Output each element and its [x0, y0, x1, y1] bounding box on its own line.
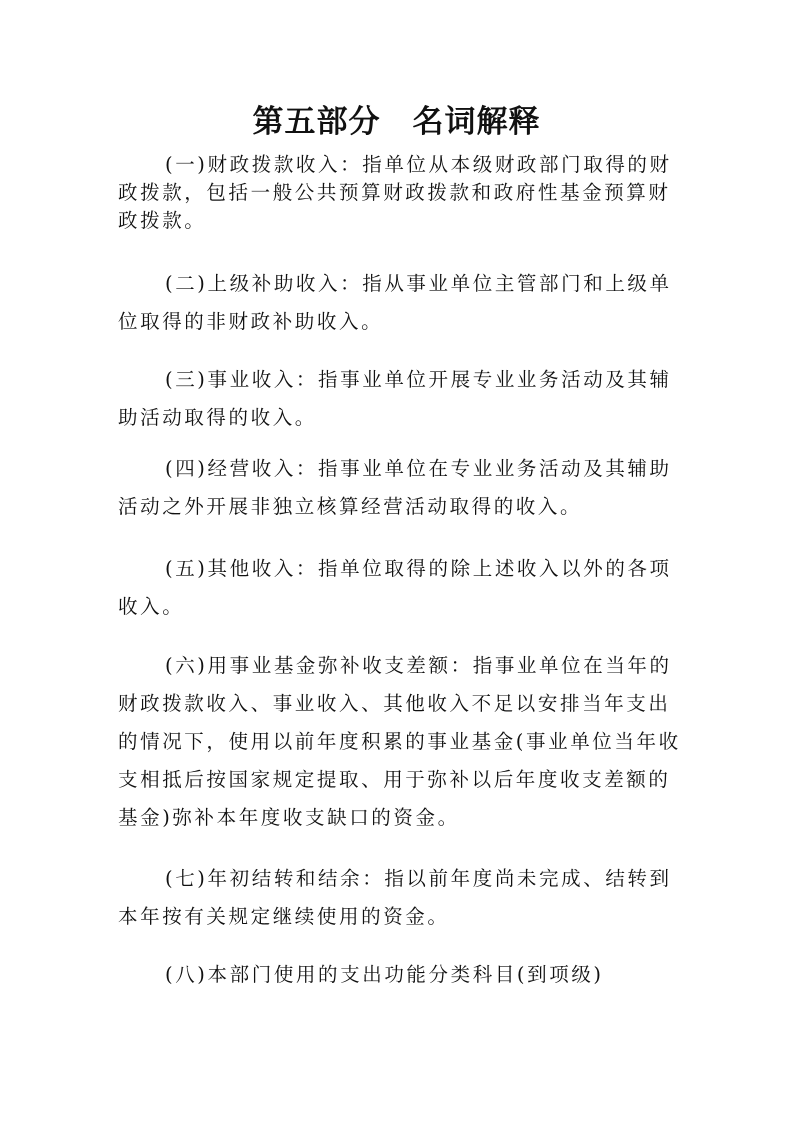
paragraph-line: 基金)弥补本年度收支缺口的资金。 [118, 799, 678, 837]
paragraph-line: 政拨款，包括一般公共预算财政拨款和政府性基金预算财 [118, 179, 678, 207]
definition-paragraph-1: (一)财政拨款收入：指单位从本级财政部门取得的财 政拨款，包括一般公共预算财政拨… [118, 151, 678, 235]
page-title: 第五部分 名词解释 [0, 96, 793, 141]
definition-paragraph-4: (四)经营收入：指事业单位在专业业务活动及其辅助 活动之外开展非独立核算经营活动… [118, 450, 678, 526]
definition-paragraph-3: (三)事业收入：指事业单位开展专业业务活动及其辅 助活动取得的收入。 [118, 361, 678, 437]
paragraph-line: (七)年初结转和结余：指以前年度尚未完成、结转到 [118, 860, 678, 898]
paragraph-line: 支相抵后按国家规定提取、用于弥补以后年度收支差额的 [118, 761, 678, 799]
paragraph-line: (四)经营收入：指事业单位在专业业务活动及其辅助 [118, 450, 678, 488]
definition-paragraph-5: (五)其他收入：指单位取得的除上述收入以外的各项 收入。 [118, 550, 678, 626]
paragraph-line: 政拨款。 [118, 207, 678, 235]
paragraph-line: 的情况下，使用以前年度积累的事业基金(事业单位当年收 [118, 723, 678, 761]
paragraph-line: 位取得的非财政补助收入。 [118, 303, 678, 341]
paragraph-line: (六)用事业基金弥补收支差额：指事业单位在当年的 [118, 647, 678, 685]
paragraph-line: 助活动取得的收入。 [118, 399, 678, 437]
definition-paragraph-7: (七)年初结转和结余：指以前年度尚未完成、结转到 本年按有关规定继续使用的资金。 [118, 860, 678, 936]
paragraph-line: (二)上级补助收入：指从事业单位主管部门和上级单 [118, 265, 678, 303]
paragraph-line: 收入。 [118, 588, 678, 626]
definition-paragraph-2: (二)上级补助收入：指从事业单位主管部门和上级单 位取得的非财政补助收入。 [118, 265, 678, 341]
definition-paragraph-8: (八)本部门使用的支出功能分类科目(到项级) [118, 956, 678, 994]
paragraph-line: (八)本部门使用的支出功能分类科目(到项级) [118, 956, 678, 994]
paragraph-line: (一)财政拨款收入：指单位从本级财政部门取得的财 [118, 151, 678, 179]
paragraph-line: 财政拨款收入、事业收入、其他收入不足以安排当年支出 [118, 685, 678, 723]
paragraph-line: (五)其他收入：指单位取得的除上述收入以外的各项 [118, 550, 678, 588]
paragraph-line: (三)事业收入：指事业单位开展专业业务活动及其辅 [118, 361, 678, 399]
paragraph-line: 本年按有关规定继续使用的资金。 [118, 898, 678, 936]
paragraph-line: 活动之外开展非独立核算经营活动取得的收入。 [118, 488, 678, 526]
definition-paragraph-6: (六)用事业基金弥补收支差额：指事业单位在当年的 财政拨款收入、事业收入、其他收… [118, 647, 678, 837]
